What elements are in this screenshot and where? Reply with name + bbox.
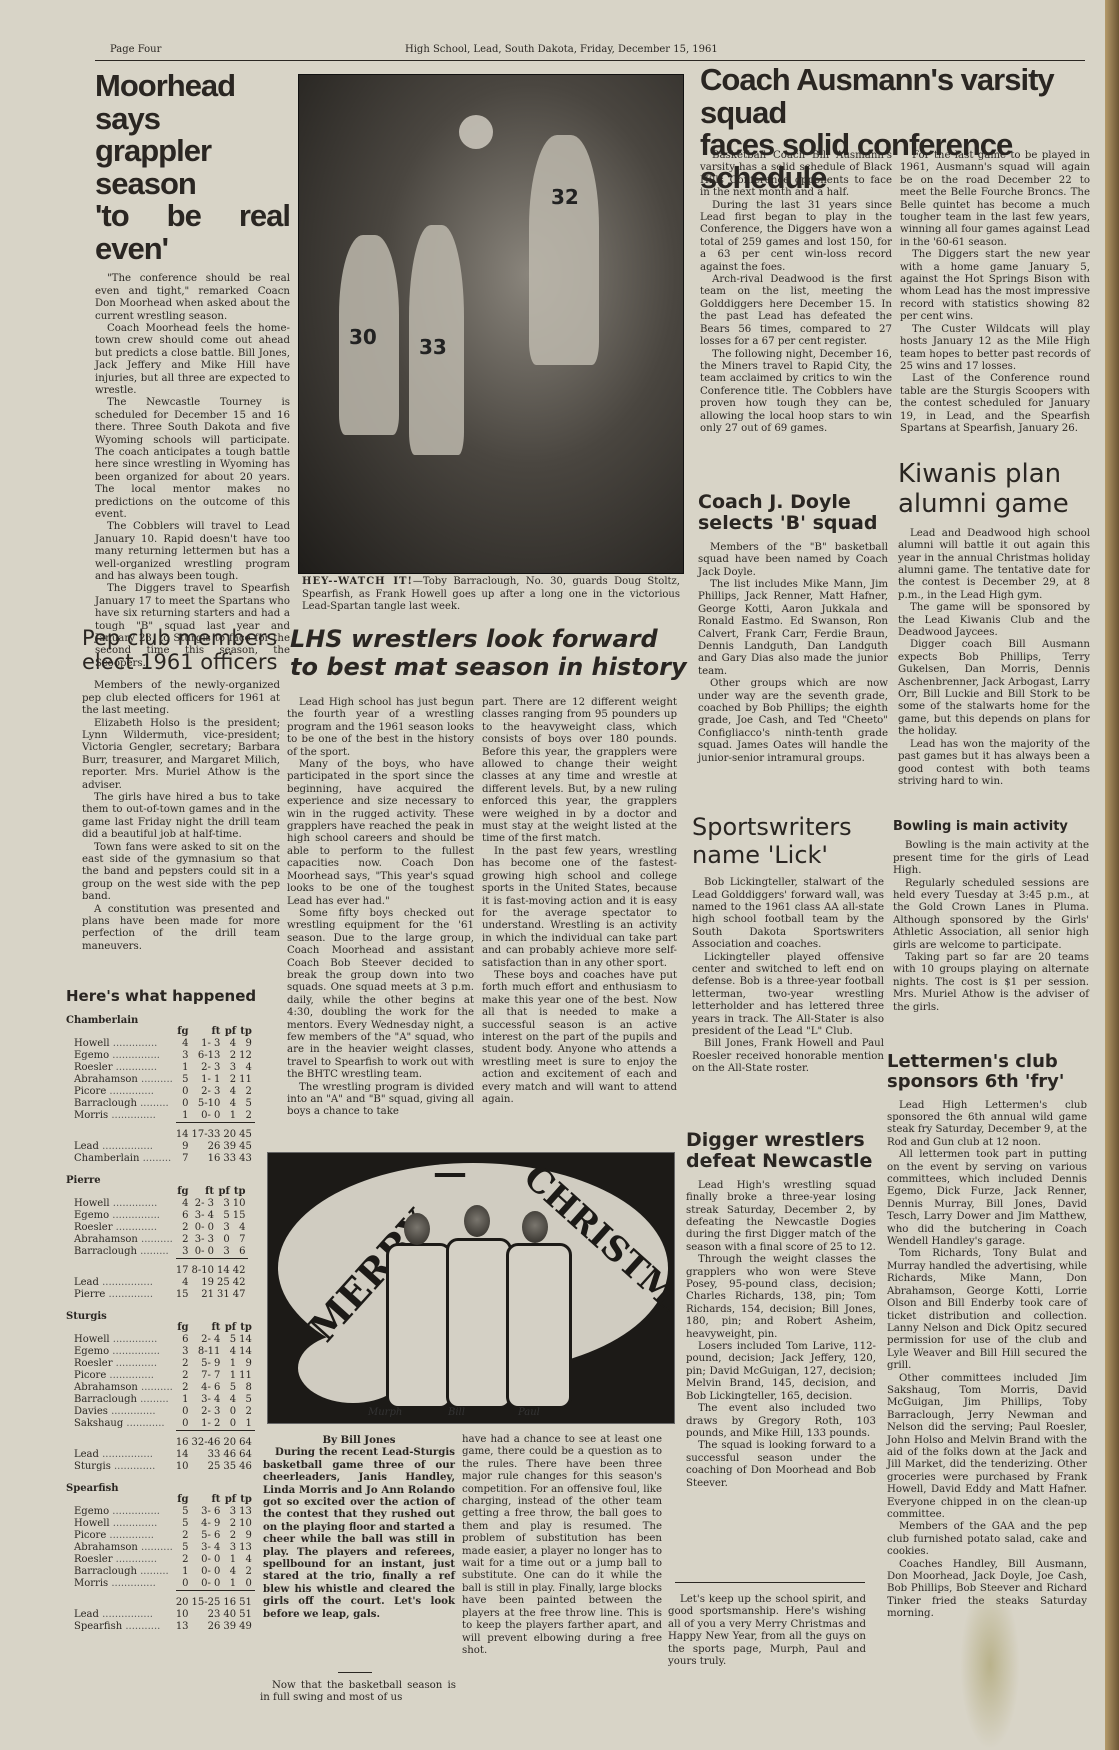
paragraph: Town fans were asked to sit on the east …: [82, 842, 280, 904]
player-row: Morris ..............10- 012: [66, 1110, 255, 1123]
masthead-info: High School, Lead, South Dakota, Friday,…: [405, 44, 718, 55]
total-tp: 64: [239, 1430, 255, 1449]
signature: Paul: [518, 1407, 540, 1418]
cartoon-dash: —: [433, 1153, 467, 1193]
paragraph: Members of the newly-organized pep club …: [82, 680, 280, 717]
team-name: Chamberlain .........: [66, 1153, 176, 1165]
stat-tp: 9: [239, 1358, 255, 1370]
headline-line: Coach J. Doyle: [698, 492, 888, 513]
page-binding: [1105, 0, 1119, 1750]
paragraph: Taking part so far are 20 teams with 10 …: [893, 952, 1089, 1014]
team-name: Pierre ..............: [66, 1289, 176, 1301]
elf-face: [404, 1213, 430, 1245]
stat-fg: 5: [176, 1542, 192, 1554]
paragraph: Members of the GAA and the pep club furn…: [887, 1521, 1087, 1558]
quarter-score: 33: [223, 1153, 239, 1165]
paragraph: Elizabeth Holso is the president; Lynn W…: [82, 718, 280, 792]
quarter-score: 49: [239, 1621, 255, 1633]
total-ft: 8-10: [192, 1258, 217, 1277]
paragraph: Coach Moorhead feels the home-town crew …: [95, 323, 290, 397]
stat-pf: 2: [223, 1530, 239, 1542]
total-ft: 15-25: [192, 1590, 224, 1609]
elf-face: [464, 1205, 490, 1237]
box-score-table: fgftpftpHowell ..............41- 349Egem…: [66, 1026, 255, 1165]
stat-pf: 3: [223, 1062, 239, 1074]
stat-ft: 0- 0: [192, 1578, 224, 1591]
headline-line: Lettermen's club: [887, 1052, 1087, 1072]
paragraph: Last of the Conference round table are t…: [900, 373, 1090, 435]
stat-pf: 2: [223, 1518, 239, 1530]
headline-line: Moorhead says: [95, 70, 290, 135]
paragraph: The Cobblers will travel to Lead January…: [95, 521, 290, 583]
stat-tp: 14: [239, 1334, 255, 1346]
jersey-number: 32: [551, 185, 579, 209]
paragraph: Tom Richards, Tony Bulat and Murray hand…: [887, 1248, 1087, 1372]
paragraph: Bowling is the main activity at the pres…: [893, 840, 1089, 877]
headline-line: Digger wrestlers: [686, 1130, 876, 1151]
paragraph: Lead High's wrestling squad finally brok…: [686, 1180, 876, 1254]
article-wrestlers-col1: Lead High school has just begun the four…: [287, 697, 474, 1119]
column-header: ft: [192, 1494, 224, 1506]
paragraph: Let's keep up the school spirit, and goo…: [668, 1594, 866, 1668]
headline-moorhead: Moorhead says grappler season 'to be rea…: [95, 70, 290, 265]
stat-tp: 2: [239, 1110, 255, 1123]
paragraph: For the last game to be played in 1961, …: [900, 150, 1090, 249]
paragraph: have had a chance to see at least one ga…: [462, 1434, 662, 1657]
paragraph: Other committees included Jim Sakshaug, …: [887, 1373, 1087, 1522]
quarter-score: 39: [223, 1621, 239, 1633]
player-row: Roesler .............12- 334: [66, 1062, 255, 1074]
quarter-score-row: Sturgis .............10253546: [66, 1461, 255, 1473]
player-name: Roesler .............: [66, 1062, 176, 1074]
column-header: pf: [223, 1322, 239, 1334]
stat-tp: 12: [239, 1050, 255, 1062]
box-score-table: fgftpftpHowell ..............62- 4514Ege…: [66, 1322, 255, 1473]
column-header: fg: [176, 1026, 192, 1038]
article-lettermen: Lettermen's club sponsors 6th 'fry' Lead…: [887, 1052, 1087, 1621]
headline-line: name 'Lick': [692, 842, 884, 870]
stat-fg: 3: [176, 1050, 192, 1062]
stat-tp: 10: [239, 1518, 255, 1530]
article-moorhead: Moorhead says grappler season 'to be rea…: [95, 70, 290, 670]
stat-fg: 2: [176, 1234, 192, 1246]
article-kiwanis: Kiwanis plan alumni game Lead and Deadwo…: [898, 460, 1090, 788]
player-row: Picore ..............25- 629: [66, 1530, 255, 1542]
article-pepclub: Pep club members elect 1961 officers Mem…: [82, 626, 280, 953]
stat-pf: 2: [223, 1074, 239, 1086]
quarter-score: 15: [176, 1289, 192, 1301]
box-score-header-row: fgftpftp: [66, 1494, 255, 1506]
jersey-number: 30: [349, 325, 377, 349]
paragraph: Some fifty boys checked out wrestling eq…: [287, 908, 474, 1082]
stat-ft: 7- 7: [192, 1370, 224, 1382]
signature: Bill: [448, 1407, 465, 1418]
stat-pf: 1: [223, 1370, 239, 1382]
stat-fg: 0: [176, 1578, 192, 1591]
column-header: pf: [217, 1186, 233, 1198]
stat-tp: 8: [239, 1382, 255, 1394]
quarter-score: 25: [192, 1461, 224, 1473]
headline-line: Pep club members: [82, 626, 280, 650]
section-divider: [675, 1582, 865, 1583]
column-header: fg: [176, 1322, 192, 1334]
stat-ft: 0- 0: [192, 1566, 224, 1578]
stat-pf: 2: [223, 1050, 239, 1062]
paragraph: The Newcastle Tourney is scheduled for D…: [95, 397, 290, 521]
quarter-score: 26: [192, 1141, 224, 1153]
games-list: ChamberlainfgftpftpHowell ..............…: [66, 1015, 276, 1633]
player-row: Abrahamson ..........51- 1211: [66, 1074, 255, 1086]
player-name: Abrahamson ..........: [66, 1074, 176, 1086]
article-ausmann-col1: Basketball Coach Bill Ausmann's varsity …: [700, 150, 892, 435]
stat-tp: 4: [239, 1554, 255, 1566]
player-name: Barraclough .........: [66, 1394, 176, 1406]
stat-ft: 2- 3: [192, 1086, 224, 1098]
team-name: Lead ................: [66, 1141, 176, 1153]
paragraph: The squad is looking forward to a succes…: [686, 1440, 876, 1490]
box-score-team: Sturgis: [66, 1311, 276, 1322]
quarter-score: 33: [192, 1449, 224, 1461]
quarter-score: 25: [217, 1277, 233, 1289]
player-name: Picore ..............: [66, 1370, 176, 1382]
stat-tp: 1: [239, 1418, 255, 1431]
quarter-score: 14: [176, 1449, 192, 1461]
player-name: Howell ..............: [66, 1518, 176, 1530]
stat-fg: 2: [176, 1382, 192, 1394]
player-name: Barraclough .........: [66, 1098, 176, 1110]
paragraph: The list includes Mike Mann, Jim Phillip…: [698, 579, 888, 678]
paragraph: Regularly scheduled sessions are held ev…: [893, 878, 1089, 952]
stat-fg: 6: [176, 1334, 192, 1346]
stat-ft: 1- 1: [192, 1074, 224, 1086]
paragraph: Basketball Coach Bill Ausmann's varsity …: [700, 150, 892, 200]
basketball-photo: 30 33 32: [298, 74, 684, 574]
total-pf: 20: [223, 1122, 239, 1141]
team-name: Lead ................: [66, 1449, 176, 1461]
stat-tp: 4: [233, 1222, 249, 1234]
paragraph: The event also included two draws by Gre…: [686, 1403, 876, 1440]
byline: By Bill Jones: [263, 1434, 455, 1446]
stat-tp: 0: [239, 1578, 255, 1591]
stat-ft: 4- 6: [192, 1382, 224, 1394]
player-row: Howell ..............62- 4514: [66, 1334, 255, 1346]
elf-figure: [386, 1243, 452, 1409]
player-name: Barraclough .........: [66, 1566, 176, 1578]
stat-pf: 4: [223, 1566, 239, 1578]
player-row: Morris ..............00- 010: [66, 1578, 255, 1591]
quarter-score: 51: [239, 1609, 255, 1621]
column-bill-jones-col2: have had a chance to see at least one ga…: [462, 1434, 662, 1657]
stat-tp: 7: [233, 1234, 249, 1246]
paragraph: part. There are 12 different weight clas…: [482, 697, 677, 846]
player-row: Barraclough .........13- 445: [66, 1394, 255, 1406]
masthead-rule: [95, 60, 1085, 61]
total-tp: 42: [233, 1258, 249, 1277]
column-header: tp: [233, 1186, 249, 1198]
quarter-score: 26: [192, 1621, 224, 1633]
paragraph: In the past few years, wrestling has bec…: [482, 846, 677, 970]
stat-fg: 5: [176, 1506, 192, 1518]
quarter-score: 42: [233, 1277, 249, 1289]
stat-tp: 11: [239, 1370, 255, 1382]
player-name: Morris ..............: [66, 1578, 176, 1591]
stat-pf: 4: [223, 1098, 239, 1110]
paragraph: The following night, December 16, the Mi…: [700, 349, 892, 436]
paragraph: Bill Jones, Frank Howell and Paul Roesle…: [692, 1038, 884, 1075]
total-fg: 20: [176, 1590, 192, 1609]
stat-ft: 5-10: [192, 1098, 224, 1110]
player-row: Abrahamson ..........24- 658: [66, 1382, 255, 1394]
totals-row: 2015-251651: [66, 1590, 255, 1609]
team-name: Lead ................: [66, 1277, 176, 1289]
stat-tp: 2: [239, 1566, 255, 1578]
totals-row: 178-101442: [66, 1258, 248, 1277]
box-score-team: Spearfish: [66, 1483, 276, 1494]
total-ft: 17-33: [192, 1122, 224, 1141]
player-name: Roesler .............: [66, 1554, 176, 1566]
player-name: Howell ..............: [66, 1198, 176, 1210]
paragraph: Lead has won the majority of the past ga…: [898, 739, 1090, 789]
quarter-score: 4: [176, 1277, 192, 1289]
column-header: tp: [239, 1322, 255, 1334]
player-name: Abrahamson ..........: [66, 1542, 176, 1554]
basketball: [459, 115, 493, 149]
stat-pf: 5: [217, 1210, 233, 1222]
stat-ft: 6-13: [192, 1050, 224, 1062]
paragraph: The Diggers start the new year with a ho…: [900, 249, 1090, 323]
paragraph: The girls have hired a bus to take them …: [82, 792, 280, 842]
stat-pf: 5: [223, 1334, 239, 1346]
stat-ft: 2- 3: [192, 1406, 224, 1418]
stat-fg: 3: [176, 1346, 192, 1358]
stat-ft: 3- 4: [192, 1394, 224, 1406]
player-name: Roesler .............: [66, 1358, 176, 1370]
headline-line: 'to be real even': [95, 200, 290, 265]
player-row: Roesler .............20- 014: [66, 1554, 255, 1566]
paragraph: "The conference should be real even and …: [95, 273, 290, 323]
paragraph: Losers included Tom Larive, 112-pound, d…: [686, 1341, 876, 1403]
column-header: pf: [223, 1494, 239, 1506]
stat-fg: 0: [176, 1086, 192, 1098]
quarter-score-row: Chamberlain .........7163343: [66, 1153, 255, 1165]
paragraph: Bob Lickingteller, stalwart of the Lead …: [692, 877, 884, 951]
elf-figure: [446, 1238, 512, 1409]
stat-ft: 2- 3: [192, 1062, 224, 1074]
player-name: Egemo ...............: [66, 1050, 176, 1062]
stat-pf: 4: [223, 1394, 239, 1406]
stat-pf: 3: [217, 1246, 233, 1259]
stat-pf: 4: [223, 1086, 239, 1098]
quarter-score: 16: [192, 1153, 224, 1165]
stat-pf: 3: [223, 1506, 239, 1518]
stat-fg: 2: [176, 1358, 192, 1370]
player-name: Abrahamson ..........: [66, 1234, 176, 1246]
quarter-score: 13: [176, 1621, 192, 1633]
player-row: Sakshaug ............01- 201: [66, 1418, 255, 1431]
player-row: Howell ..............42- 3310: [66, 1198, 248, 1210]
stat-fg: 2: [176, 1554, 192, 1566]
quarter-score-row: Lead ................9263945: [66, 1141, 255, 1153]
stat-tp: 9: [239, 1530, 255, 1542]
paragraph: Lead High Lettermen's club sponsored the…: [887, 1100, 1087, 1150]
player-name: Davies ..............: [66, 1406, 176, 1418]
stat-ft: 0- 0: [192, 1246, 217, 1259]
stat-fg: 1: [176, 1566, 192, 1578]
article-sportswriters: Sportswriters name 'Lick' Bob Lickingtel…: [692, 814, 884, 1076]
stat-fg: 4: [176, 1198, 192, 1210]
stat-pf: 3: [217, 1198, 233, 1210]
quarter-score: 35: [223, 1461, 239, 1473]
player-name: Egemo ...............: [66, 1506, 176, 1518]
player-row: Egemo ...............53- 6313: [66, 1506, 255, 1518]
player-row: Barraclough .........10- 042: [66, 1566, 255, 1578]
stat-ft: 3- 4: [192, 1542, 224, 1554]
paragraph: Members of the "B" basketball squad have…: [698, 542, 888, 579]
stat-tp: 11: [239, 1074, 255, 1086]
paragraph: During the last 31 years since Lead firs…: [700, 200, 892, 274]
headline-line: Kiwanis plan: [898, 460, 1090, 490]
player-name: Egemo ...............: [66, 1210, 176, 1222]
stat-fg: 1: [176, 1394, 192, 1406]
paragraph: Lickingteller played offensive center an…: [692, 952, 884, 1039]
player-row: Abrahamson ..........53- 4313: [66, 1542, 255, 1554]
headline-line: LHS wrestlers look forward: [290, 626, 690, 654]
quarter-score-row: Lead ................10234051: [66, 1609, 255, 1621]
paragraph: Now that the basketball season is in ful…: [260, 1680, 456, 1705]
paragraph: Digger coach Bill Ausmann expects Bob Ph…: [898, 639, 1090, 738]
quarter-score: 7: [176, 1153, 192, 1165]
total-pf: 20: [223, 1430, 239, 1449]
stat-pf: 0: [217, 1234, 233, 1246]
total-tp: 51: [239, 1590, 255, 1609]
total-fg: 14: [176, 1122, 192, 1141]
headline-line: sponsors 6th 'fry': [887, 1072, 1087, 1092]
player-name: Picore ..............: [66, 1530, 176, 1542]
stat-ft: 5- 9: [192, 1358, 224, 1370]
headline-digger-wrestlers: Digger wrestlers defeat Newcastle: [686, 1130, 876, 1172]
player-name: Abrahamson ..........: [66, 1382, 176, 1394]
stat-tp: 13: [239, 1506, 255, 1518]
stat-pf: 0: [223, 1418, 239, 1431]
player-row: Egemo ...............36-13212: [66, 1050, 255, 1062]
box-score-header-row: fgftpftp: [66, 1186, 248, 1198]
photo-caption: HEY--WATCH IT!—Toby Barraclough, No. 30,…: [302, 576, 680, 614]
stat-ft: 4- 9: [192, 1518, 224, 1530]
stat-fg: 0: [176, 1406, 192, 1418]
quarter-score: 45: [239, 1141, 255, 1153]
player-name: Picore ..............: [66, 1086, 176, 1098]
paragraph: Lead and Deadwood high school alumni wil…: [898, 528, 1090, 602]
column-header: ft: [192, 1322, 224, 1334]
player-name: Roesler .............: [66, 1222, 176, 1234]
quarter-score: 10: [176, 1461, 192, 1473]
elf-figure: [506, 1243, 572, 1409]
stat-ft: 0- 0: [192, 1554, 224, 1566]
stat-pf: 1: [223, 1110, 239, 1123]
player-row: Egemo ...............38-11414: [66, 1346, 255, 1358]
player-name: Barraclough .........: [66, 1246, 176, 1259]
headline-lettermen: Lettermen's club sponsors 6th 'fry': [887, 1052, 1087, 1092]
team-name: Sturgis .............: [66, 1461, 176, 1473]
stat-pf: 3: [223, 1542, 239, 1554]
paragraph: These boys and coaches have put forth mu…: [482, 970, 677, 1106]
stat-pf: 0: [223, 1406, 239, 1418]
headline-kiwanis: Kiwanis plan alumni game: [898, 460, 1090, 520]
stat-ft: 1- 3: [192, 1038, 224, 1050]
stat-tp: 13: [239, 1542, 255, 1554]
headline-sportswriters: Sportswriters name 'Lick': [692, 814, 884, 869]
page-number: Page Four: [110, 44, 161, 55]
quarter-score-row: Lead ................14334664: [66, 1449, 255, 1461]
masthead: Page Four High School, Lead, South Dakot…: [95, 44, 1080, 60]
stat-ft: 3- 6: [192, 1506, 224, 1518]
totals-row: 1417-332045: [66, 1122, 255, 1141]
article-digger-wrestlers: Digger wrestlers defeat Newcastle Lead H…: [686, 1130, 876, 1490]
paragraph: Other groups which are now under way are…: [698, 678, 888, 765]
player-row: Howell ..............41- 349: [66, 1038, 255, 1050]
paragraph: During the recent Lead-Sturgis basketbal…: [263, 1446, 455, 1620]
player-name: Morris ..............: [66, 1110, 176, 1123]
headline-line: Sportswriters: [692, 814, 884, 842]
quarter-score: 47: [233, 1289, 249, 1301]
elf-face: [522, 1211, 548, 1243]
team-name: Spearfish ...........: [66, 1621, 176, 1633]
quarter-score: 9: [176, 1141, 192, 1153]
headline-line: elect 1961 officers: [82, 650, 280, 674]
jersey-number: 33: [419, 335, 447, 359]
headline-line: grappler season: [95, 135, 290, 200]
box-scores: Here's what happened Chamberlainfgftpftp…: [66, 988, 276, 1633]
stat-pf: 5: [223, 1382, 239, 1394]
player-row: Roesler .............20- 034: [66, 1222, 248, 1234]
headline-wrestlers: LHS wrestlers look forward to best mat s…: [290, 626, 690, 681]
stat-pf: 1: [223, 1554, 239, 1566]
paragraph: Many of the boys, who have participated …: [287, 759, 474, 908]
stat-ft: 5- 6: [192, 1530, 224, 1542]
stat-tp: 5: [239, 1098, 255, 1110]
stat-tp: 4: [239, 1062, 255, 1074]
stat-tp: 2: [239, 1406, 255, 1418]
headline-line: alumni game: [898, 490, 1090, 520]
box-score-team: Pierre: [66, 1175, 276, 1186]
total-fg: 16: [176, 1430, 192, 1449]
quarter-score: 46: [223, 1449, 239, 1461]
quarter-score-row: Lead ................4192542: [66, 1277, 248, 1289]
player-row: Roesler .............25- 919: [66, 1358, 255, 1370]
paragraph: The Custer Wildcats will play hosts Janu…: [900, 324, 1090, 374]
box-score-table: fgftpftpEgemo ...............53- 6313How…: [66, 1494, 255, 1633]
headline-doyle: Coach J. Doyle selects 'B' squad: [698, 492, 888, 534]
stat-fg: 2: [176, 1370, 192, 1382]
stat-fg: 2: [176, 1530, 192, 1542]
headline-line: Coach Ausmann's varsity squad: [700, 64, 1100, 129]
stat-ft: 1- 2: [192, 1418, 224, 1431]
stat-fg: 5: [176, 1074, 192, 1086]
stat-fg: 0: [176, 1418, 192, 1431]
player-row: Egemo ...............63- 4515: [66, 1210, 248, 1222]
total-pf: 16: [223, 1590, 239, 1609]
headline-line: defeat Newcastle: [686, 1151, 876, 1172]
stat-fg: 0: [176, 1098, 192, 1110]
quarter-score: 43: [239, 1153, 255, 1165]
quarter-score: 21: [192, 1289, 217, 1301]
stat-fg: 1: [176, 1062, 192, 1074]
article-bowling: Bowling is main activity Bowling is the …: [893, 820, 1089, 1014]
player-name: Sakshaug ............: [66, 1418, 176, 1431]
stat-tp: 6: [233, 1246, 249, 1259]
stat-fg: 6: [176, 1210, 192, 1222]
quarter-score: 46: [239, 1461, 255, 1473]
